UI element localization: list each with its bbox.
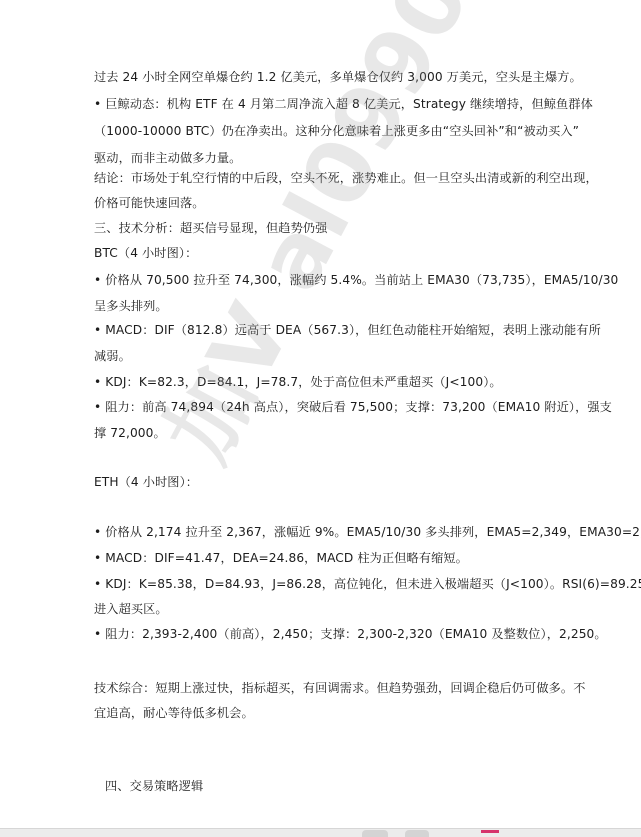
paragraph-line: （1000-10000 BTC）仍在净卖出。这种分化意味着上涨更多由“空头回补”…: [94, 123, 579, 139]
bullet-btc-kdj: • KDJ：K=82.3，D=84.1，J=78.7，处于高位但未严重超买（J<…: [94, 374, 502, 390]
paragraph-line: 价格可能快速回落。: [94, 195, 205, 211]
bullet-eth-resistance: • 阻力：2,393-2,400（前高），2,450；支撑：2,300-2,32…: [94, 626, 607, 642]
paragraph-line: 撑 72,000。: [94, 425, 166, 441]
toolbar-tab[interactable]: [405, 830, 429, 837]
bullet-eth-kdj: • KDJ：K=85.38，D=84.93，J=86.28，高位钝化，但未进入极…: [94, 576, 641, 592]
toolbar-tab[interactable]: [362, 830, 388, 837]
bottom-toolbar: [0, 828, 641, 837]
eth-subheading: ETH（4 小时图）：: [94, 474, 198, 490]
bullet-whale: • 巨鲸动态：机构 ETF 在 4 月第二周净流入超 8 亿美元，Strateg…: [94, 96, 593, 112]
paragraph-line: 过去 24 小时全网空单爆仓约 1.2 亿美元，多单爆仓仅约 3,000 万美元…: [94, 69, 582, 85]
paragraph-line: 驱动，而非主动做多力量。: [94, 150, 241, 166]
paragraph-line: 宜追高，耐心等待低多机会。: [94, 705, 254, 721]
document-page: 过去 24 小时全网空单爆仓约 1.2 亿美元，多单爆仓仅约 3,000 万美元…: [0, 0, 641, 828]
btc-subheading: BTC（4 小时图）：: [94, 245, 197, 261]
bullet-eth-macd: • MACD：DIF=41.47，DEA=24.86，MACD 柱为正但略有缩短…: [94, 550, 468, 566]
technical-summary: 技术综合：短期上涨过快，指标超买，有回调需求。但趋势强劲，回调企稳后仍可做多。不: [94, 680, 586, 696]
section-heading-strategy: 四、交易策略逻辑: [105, 778, 203, 794]
section-heading-technical: 三、技术分析：超买信号显现，但趋势仍强: [94, 220, 327, 236]
paragraph-line: 减弱。: [94, 348, 131, 364]
bullet-btc-resistance: • 阻力：前高 74,894（24h 高点），突破后看 75,500；支撑：73…: [94, 399, 612, 415]
paragraph-line: 进入超买区。: [94, 601, 168, 617]
bullet-eth-price: • 价格从 2,174 拉升至 2,367，涨幅近 9%。EMA5/10/30 …: [94, 524, 641, 540]
bullet-btc-price: • 价格从 70,500 拉升至 74,300，涨幅约 5.4%。当前站上 EM…: [94, 272, 618, 288]
paragraph-line: 呈多头排列。: [94, 298, 168, 314]
bullet-btc-macd: • MACD：DIF（812.8）远高于 DEA（567.3），但红色动能柱开始…: [94, 322, 601, 338]
toolbar-indicator[interactable]: [481, 830, 499, 833]
conclusion-line: 结论：市场处于轧空行情的中后段，空头不死，涨势难止。但一旦空头出清或新的利空出现…: [94, 170, 598, 186]
